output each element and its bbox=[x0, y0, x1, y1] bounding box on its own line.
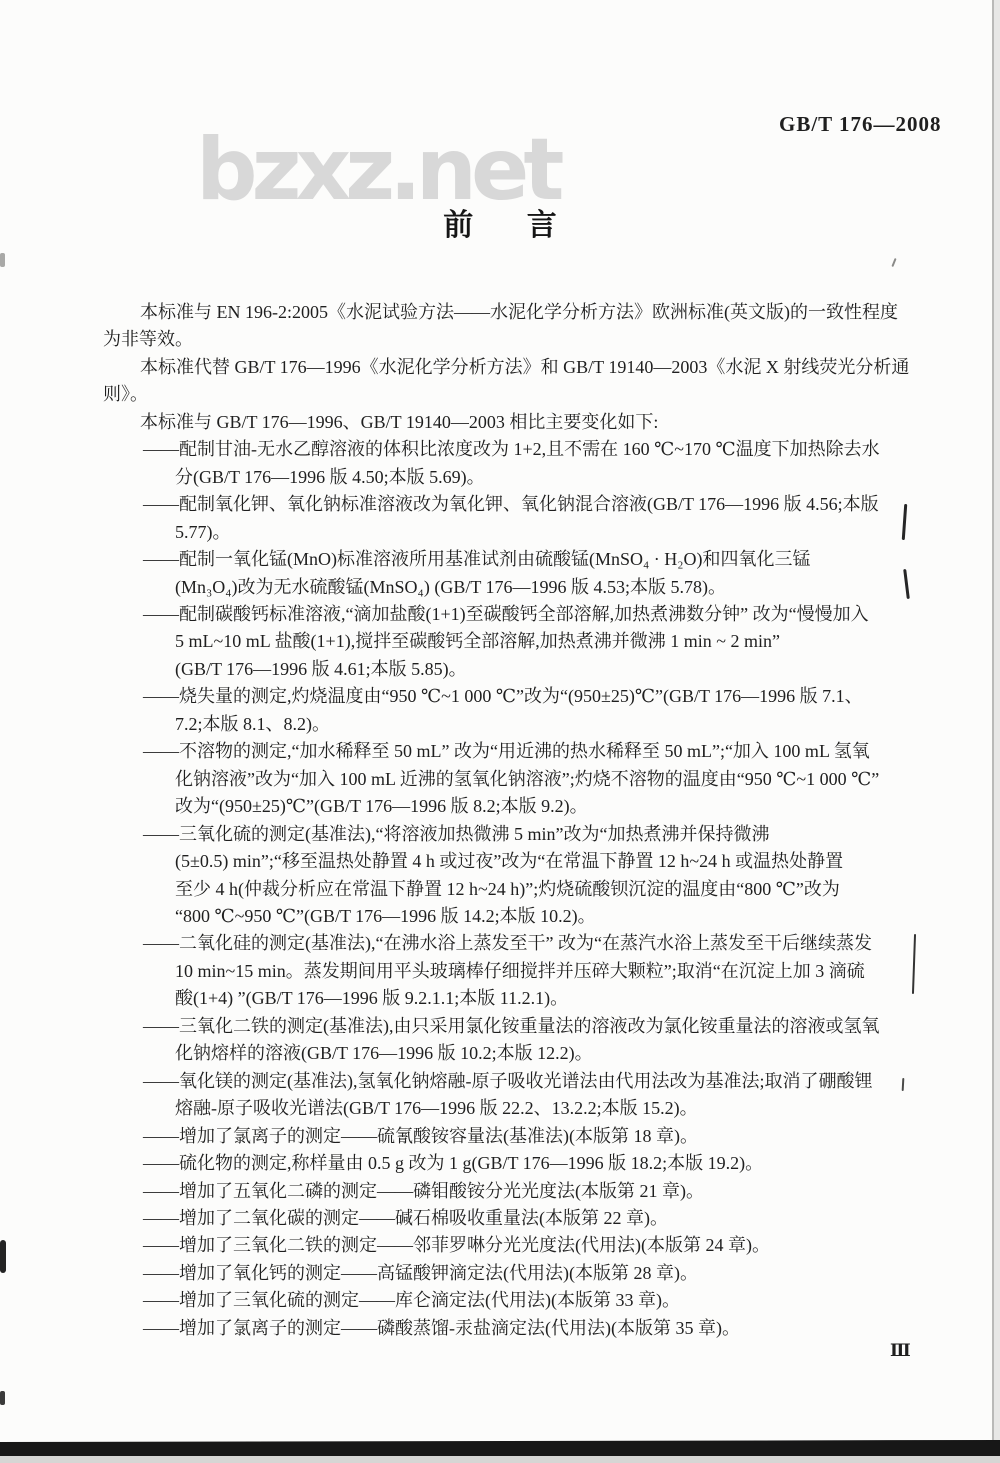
page-title: 前 言 bbox=[0, 200, 1000, 244]
text-line: ——配制一氧化锰(MnO)标准溶液所用基准试剂由硫酸锰(MnSO₄ · H₂O)… bbox=[0, 546, 1000, 573]
text-line: (GB/T 176—1996 版 4.61;本版 5.85)。 bbox=[0, 656, 1000, 683]
text-line: ——三氧化二铁的测定(基准法),由只采用氯化铵重量法的溶液改为氯化铵重量法的溶液… bbox=[0, 1013, 1000, 1040]
standard-number: GB/T 176—2008 bbox=[779, 112, 942, 137]
text-line: 本标准与 EN 196-2:2005《水泥试验方法——水泥化学分析方法》欧洲标准… bbox=[0, 299, 1000, 326]
text-line: ——烧失量的测定,灼烧温度由“950 ℃~1 000 ℃”改为“(950±25)… bbox=[0, 683, 1000, 710]
text-line: ——增加了氧化钙的测定——高锰酸钾滴定法(代用法)(本版第 28 章)。 bbox=[0, 1260, 1000, 1287]
text-line: 5 mL~10 mL 盐酸(1+1),搅拌至碳酸钙全部溶解,加热煮沸并微沸 1 … bbox=[0, 628, 1000, 655]
scan-mark bbox=[0, 1240, 6, 1273]
scan-bottom-gray bbox=[0, 1456, 1000, 1463]
text-line: ——配制甘油-无水乙醇溶液的体积比浓度改为 1+2,且不需在 160 ℃~170… bbox=[0, 436, 1000, 463]
text-line: ——不溶物的测定,“加水稀释至 50 mL” 改为“用近沸的热水稀释至 50 m… bbox=[0, 738, 1000, 765]
text-line: 10 min~15 min。蒸发期间用平头玻璃棒仔细搅拌并压碎大颗粒”;取消“在… bbox=[0, 958, 1000, 985]
text-line: 5.77)。 bbox=[0, 519, 1000, 546]
text-line: 本标准与 GB/T 176—1996、GB/T 19140—2003 相比主要变… bbox=[0, 409, 1000, 436]
text-line: ——配制碳酸钙标准溶液,“滴加盐酸(1+1)至碳酸钙全部溶解,加热煮沸数分钟” … bbox=[0, 601, 1000, 628]
scan-edge-strip bbox=[994, 0, 1000, 1463]
text-line: (Mn₃O₄)改为无水硫酸锰(MnSO₄) (GB/T 176—1996 版 4… bbox=[0, 574, 1000, 601]
text-line: 为非等效。 bbox=[0, 326, 1000, 353]
text-line: 本标准代替 GB/T 176—1996《水泥化学分析方法》和 GB/T 1914… bbox=[0, 354, 1000, 381]
text-line: ——氧化镁的测定(基准法),氢氧化钠熔融-原子吸收光谱法由代用法改为基准法;取消… bbox=[0, 1068, 1000, 1095]
text-line: 则》。 bbox=[0, 381, 1000, 408]
text-line: ——硫化物的测定,称样量由 0.5 g 改为 1 g(GB/T 176—1996… bbox=[0, 1150, 1000, 1177]
text-line: 7.2;本版 8.1、8.2)。 bbox=[0, 711, 1000, 738]
text-line: 改为“(950±25)℃”(GB/T 176—1996 版 8.2;本版 9.2… bbox=[0, 793, 1000, 820]
text-line: ——增加了五氧化二磷的测定——磷钼酸铵分光光度法(本版第 21 章)。 bbox=[0, 1178, 1000, 1205]
text-line: ——配制氧化钾、氧化钠标准溶液改为氧化钾、氧化钠混合溶液(GB/T 176—19… bbox=[0, 491, 1000, 518]
scan-mark bbox=[0, 1391, 5, 1405]
text-line: ——三氧化硫的测定(基准法),“将溶液加热微沸 5 min”改为“加热煮沸并保持… bbox=[0, 821, 1000, 848]
text-line: 化钠熔样的溶液(GB/T 176—1996 版 10.2;本版 12.2)。 bbox=[0, 1040, 1000, 1067]
text-line: 熔融-原子吸收光谱法(GB/T 176—1996 版 22.2、13.2.2;本… bbox=[0, 1095, 1000, 1122]
page-number: Ⅲ bbox=[890, 1341, 911, 1361]
text-line: ——增加了三氧化二铁的测定——邻菲罗啉分光光度法(代用法)(本版第 24 章)。 bbox=[0, 1232, 1000, 1259]
text-line: 至少 4 h(仲裁分析应在常温下静置 12 h~24 h)”;灼烧硫酸钡沉淀的温… bbox=[0, 876, 1000, 903]
text-line: (5±0.5) min”;“移至温热处静置 4 h 或过夜”改为“在常温下静置 … bbox=[0, 848, 1000, 875]
text-line: 酸(1+4) ”(GB/T 176—1996 版 9.2.1.1;本版 11.2… bbox=[0, 985, 1000, 1012]
pen-stroke-artifact bbox=[891, 258, 896, 267]
scan-edge-line bbox=[992, 0, 994, 1463]
text-line: ——增加了三氧化硫的测定——库仑滴定法(代用法)(本版第 33 章)。 bbox=[0, 1287, 1000, 1314]
text-line: ——增加了氯离子的测定——硫氰酸铵容量法(基准法)(本版第 18 章)。 bbox=[0, 1123, 1000, 1150]
text-line: ——二氧化硅的测定(基准法),“在沸水浴上蒸发至干” 改为“在蒸汽水浴上蒸发至干… bbox=[0, 930, 1000, 957]
text-line: ——增加了二氧化碳的测定——碱石棉吸收重量法(本版第 22 章)。 bbox=[0, 1205, 1000, 1232]
scan-mark bbox=[0, 253, 5, 267]
text-line: 化钠溶液”改为“加入 100 mL 近沸的氢氧化钠溶液”;灼烧不溶物的温度由“9… bbox=[0, 766, 1000, 793]
text-line: “800 ℃~950 ℃”(GB/T 176—1996 版 14.2;本版 10… bbox=[0, 903, 1000, 930]
text-line: ——增加了氯离子的测定——磷酸蒸馏-汞盐滴定法(代用法)(本版第 35 章)。 bbox=[0, 1315, 1000, 1342]
text-line: 分(GB/T 176—1996 版 4.50;本版 5.69)。 bbox=[0, 464, 1000, 491]
document-body: 本标准与 EN 196-2:2005《水泥试验方法——水泥化学分析方法》欧洲标准… bbox=[0, 299, 1000, 1342]
scanned-document-page: bzxz.net GB/T 176—2008 前 言 本标准与 EN 196-2… bbox=[0, 0, 1000, 1463]
